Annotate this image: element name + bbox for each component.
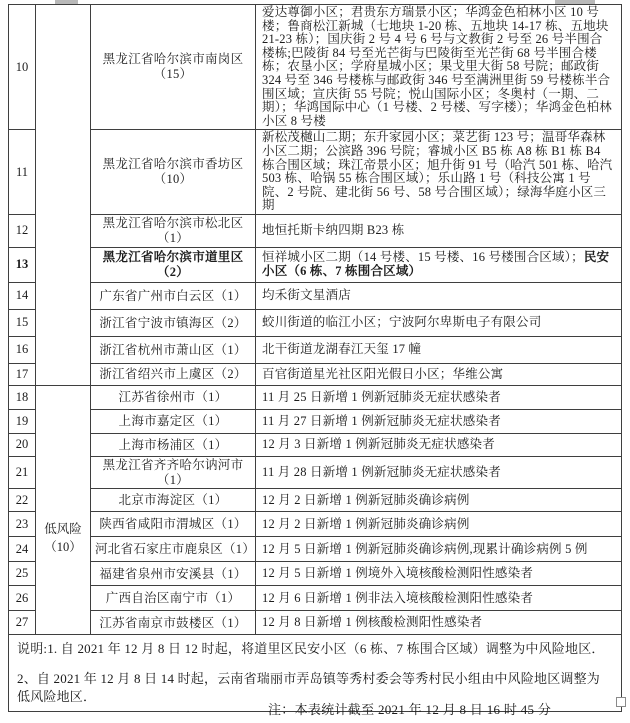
statistics-cutoff-note: 注：本表统计截至 2021 年 12 月 8 日 16 时 45 分	[0, 699, 630, 718]
table-row: 12 黑龙江省哈尔滨市松北区（1） 地恒托斯卡纳四期 B23 栋	[9, 214, 622, 247]
region-cell: 上海市嘉定区（1）	[91, 409, 256, 433]
detail-cell: 12 月 5 日新增 1 例新冠肺炎确诊病例,现累计确诊病例 5 例	[256, 537, 622, 562]
risk-level-cell-medium	[36, 5, 91, 386]
detail-cell: 恒祥城小区二期（14 号楼、15 号楼、16 号楼围合区域）；民安小区（6 栋、…	[256, 247, 622, 282]
table-row: 21 黑龙江省齐齐哈尔讷河市（1） 11 月 28 日新增 1 例新冠肺炎无症状…	[9, 456, 622, 489]
region-cell: 广东省广州市白云区（1）	[91, 282, 256, 309]
region-cell: 浙江省宁波市镇海区（2）	[91, 309, 256, 336]
table-row: 14 广东省广州市白云区（1） 均禾街文星酒店	[9, 282, 622, 309]
region-cell: 陕西省咸阳市渭城区（1）	[91, 512, 256, 537]
region-cell: 黑龙江省哈尔滨市南岗区（15）	[91, 5, 256, 130]
region-cell: 江苏省南京市鼓楼区（1）	[91, 611, 256, 635]
table-row: 19 上海市嘉定区（1） 11 月 27 日新增 1 例新冠肺炎无症状感染者	[9, 409, 622, 433]
row-number: 10	[9, 5, 36, 130]
row-number: 24	[9, 537, 36, 562]
table-row: 27 江苏省南京市鼓楼区（1） 12 月 8 日新增 1 例核酸检测阳性感染者	[9, 611, 622, 635]
detail-cell: 新松茂樾山二期；东升家园小区；菜艺街 123 号；温哥华森林小区二期；公滨路 3…	[256, 130, 622, 215]
table-row: 20 上海市杨浦区（1） 12 月 3 日新增 1 例新冠肺炎无症状感染者	[9, 433, 622, 456]
detail-cell: 均禾街文星酒店	[256, 282, 622, 309]
detail-cell: 12 月 2 日新增 1 例新冠肺炎确诊病例	[256, 512, 622, 537]
note-paragraph-1: 说明:1. 自 2021 年 12 月 8 日 12 时起，将道里区民安小区（6…	[17, 640, 613, 658]
region-cell: 广西自治区南宁市（1）	[91, 586, 256, 611]
detail-cell: 11 月 28 日新增 1 例新冠肺炎无症状感染者	[256, 456, 622, 489]
risk-level-count: （10）	[38, 538, 88, 556]
detail-cell: 12 月 6 日新增 1 例非法入境核酸检测阳性感染者	[256, 586, 622, 611]
table-row: 25 福建省泉州市安溪县（1） 12 月 5 日新增 1 例境外入境核酸检测阳性…	[9, 562, 622, 586]
detail-cell: 12 月 3 日新增 1 例新冠肺炎无症状感染者	[256, 433, 622, 456]
detail-cell: 12 月 2 日新增 1 例新冠肺炎确诊病例	[256, 489, 622, 512]
detail-cell: 爱达尊御小区；君贵东方瑞景小区；华鸿金色柏林小区 10 号楼；鲁商松江新城（七地…	[256, 5, 622, 130]
region-cell: 黑龙江省齐齐哈尔讷河市（1）	[91, 456, 256, 489]
detail-cell: 11 月 25 日新增 1 例新冠肺炎无症状感染者	[256, 385, 622, 409]
row-number: 20	[9, 433, 36, 456]
row-number: 22	[9, 489, 36, 512]
risk-area-table: 10 黑龙江省哈尔滨市南岗区（15） 爱达尊御小区；君贵东方瑞景小区；华鸿金色柏…	[8, 4, 622, 712]
risk-level-cell-low: 低风险（10）	[36, 385, 91, 635]
table-row: 16 浙江省杭州市萧山区（1） 北干街道龙湖春江天玺 17 幢	[9, 336, 622, 363]
table-row: 24 河北省石家庄市鹿泉区（1） 12 月 5 日新增 1 例新冠肺炎确诊病例,…	[9, 537, 622, 562]
table-row: 18 低风险（10） 江苏省徐州市（1） 11 月 25 日新增 1 例新冠肺炎…	[9, 385, 622, 409]
row-number: 18	[9, 385, 36, 409]
region-cell: 浙江省杭州市萧山区（1）	[91, 336, 256, 363]
table-row-highlighted: 13 黑龙江省哈尔滨市道里区（2） 恒祥城小区二期（14 号楼、15 号楼、16…	[9, 247, 622, 282]
detail-cell: 地恒托斯卡纳四期 B23 栋	[256, 214, 622, 247]
row-number: 25	[9, 562, 36, 586]
row-number: 16	[9, 336, 36, 363]
detail-cell: 12 月 8 日新增 1 例核酸检测阳性感染者	[256, 611, 622, 635]
row-number: 23	[9, 512, 36, 537]
table-row: 17 浙江省绍兴市上虞区（2） 百官街道星光社区阳光假日小区；华维公寓	[9, 363, 622, 385]
row-number: 26	[9, 586, 36, 611]
region-cell: 黑龙江省哈尔滨市道里区（2）	[91, 247, 256, 282]
region-cell: 黑龙江省哈尔滨市松北区（1）	[91, 214, 256, 247]
region-cell: 北京市海淀区（1）	[91, 489, 256, 512]
row-number: 12	[9, 214, 36, 247]
table-row: 22 北京市海淀区（1） 12 月 2 日新增 1 例新冠肺炎确诊病例	[9, 489, 622, 512]
detail-cell: 北干街道龙湖春江天玺 17 幢	[256, 336, 622, 363]
row-number: 11	[9, 130, 36, 215]
row-number: 17	[9, 363, 36, 385]
detail-cell: 蛟川街道的临江小区；宁波阿尔卑斯电子有限公司	[256, 309, 622, 336]
region-cell: 江苏省徐州市（1）	[91, 385, 256, 409]
row-number: 13	[9, 247, 36, 282]
row-number: 27	[9, 611, 36, 635]
document-page: 10 黑龙江省哈尔滨市南岗区（15） 爱达尊御小区；君贵东方瑞景小区；华鸿金色柏…	[0, 0, 630, 723]
row-number: 19	[9, 409, 36, 433]
detail-cell: 百官街道星光社区阳光假日小区；华维公寓	[256, 363, 622, 385]
region-cell: 福建省泉州市安溪县（1）	[91, 562, 256, 586]
region-cell: 河北省石家庄市鹿泉区（1）	[91, 537, 256, 562]
region-cell: 黑龙江省哈尔滨市香坊区（10）	[91, 130, 256, 215]
resize-handle-square	[616, 697, 626, 707]
row-number: 15	[9, 309, 36, 336]
row-number: 21	[9, 456, 36, 489]
region-cell: 浙江省绍兴市上虞区（2）	[91, 363, 256, 385]
detail-cell: 11 月 27 日新增 1 例新冠肺炎无症状感染者	[256, 409, 622, 433]
table-row: 11 黑龙江省哈尔滨市香坊区（10） 新松茂樾山二期；东升家园小区；菜艺街 12…	[9, 130, 622, 215]
row-number: 14	[9, 282, 36, 309]
risk-level-label: 低风险	[38, 520, 88, 538]
region-cell: 上海市杨浦区（1）	[91, 433, 256, 456]
detail-cell: 12 月 5 日新增 1 例境外入境核酸检测阳性感染者	[256, 562, 622, 586]
table-row: 23 陕西省咸阳市渭城区（1） 12 月 2 日新增 1 例新冠肺炎确诊病例	[9, 512, 622, 537]
table-row: 15 浙江省宁波市镇海区（2） 蛟川街道的临江小区；宁波阿尔卑斯电子有限公司	[9, 309, 622, 336]
table-row: 10 黑龙江省哈尔滨市南岗区（15） 爱达尊御小区；君贵东方瑞景小区；华鸿金色柏…	[9, 5, 622, 130]
table-row: 26 广西自治区南宁市（1） 12 月 6 日新增 1 例非法入境核酸检测阳性感…	[9, 586, 622, 611]
